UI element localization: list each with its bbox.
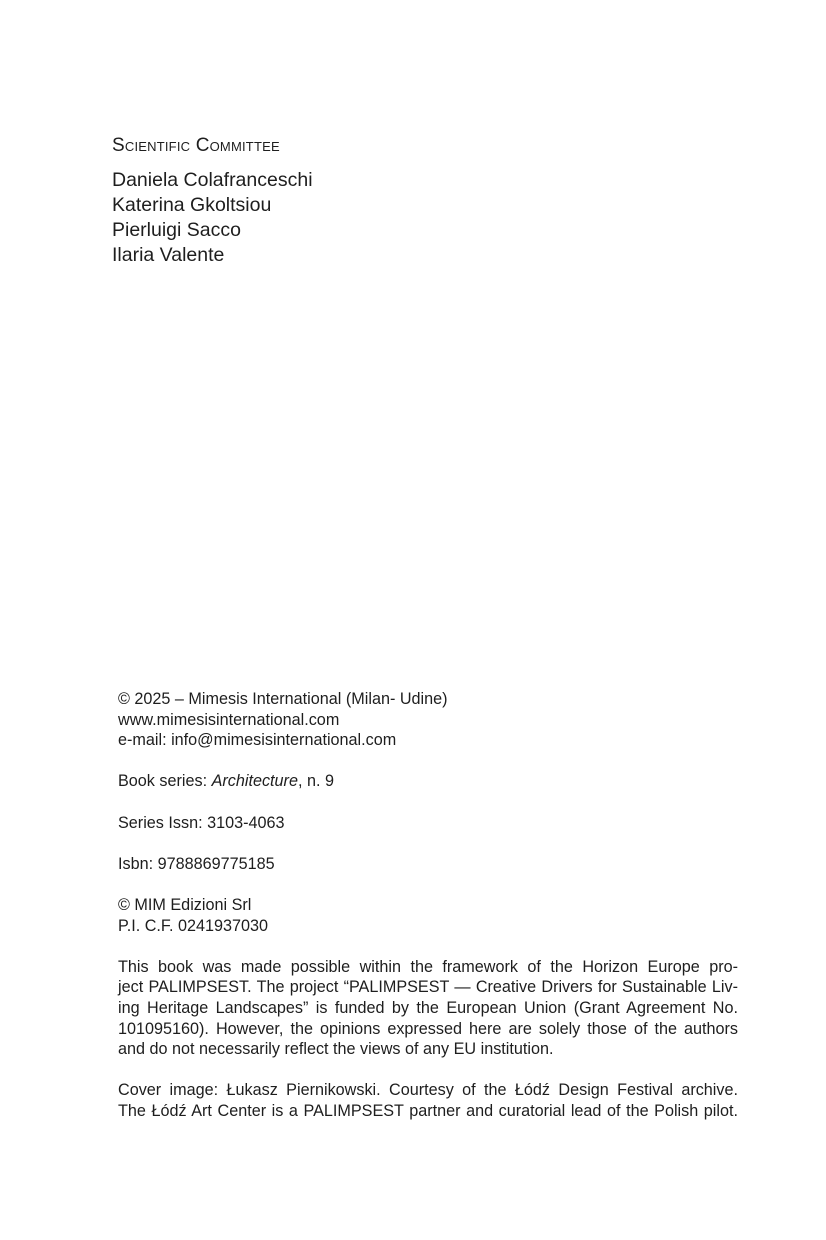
- cover-credit-line: The Łódź Art Center is a PALIMPSEST part…: [118, 1101, 738, 1122]
- committee-member: Daniela Colafranceschi: [112, 168, 313, 193]
- scientific-committee: Scientific Committee Daniela Colafrances…: [112, 134, 313, 268]
- book-series-label: Book series:: [118, 772, 212, 790]
- publisher-contact: © 2025 – Mimesis International (Milan- U…: [118, 689, 738, 751]
- tax-id: P.I. C.F. 0241937030: [118, 916, 738, 937]
- committee-heading: Scientific Committee: [112, 134, 313, 158]
- cover-credit-line: Cover image: Łukasz Piernikowski. Courte…: [118, 1080, 738, 1101]
- imprint-block: © 2025 – Mimesis International (Milan- U…: [118, 689, 738, 1142]
- book-series: Book series: Architecture, n. 9: [118, 771, 738, 792]
- publisher-legal: © MIM Edizioni Srl P.I. C.F. 0241937030: [118, 895, 738, 936]
- funding-line: ject PALIMPSEST. The project “PALIMPSEST…: [118, 977, 738, 998]
- website-link[interactable]: www.mimesisinternational.com: [118, 710, 738, 731]
- funding-paragraph: This book was made possible within the f…: [118, 957, 738, 1060]
- funding-line: ing Heritage Landscapes” is funded by th…: [118, 998, 738, 1019]
- cover-credit-paragraph: Cover image: Łukasz Piernikowski. Courte…: [118, 1080, 738, 1121]
- isbn: Isbn: 9788869775185: [118, 854, 738, 875]
- isbn-block: Isbn: 9788869775185: [118, 854, 738, 875]
- funding-line: 101095160). However, the opinions expres…: [118, 1019, 738, 1040]
- committee-member: Ilaria Valente: [112, 243, 313, 268]
- committee-member: Katerina Gkoltsiou: [112, 193, 313, 218]
- committee-member-list: Daniela Colafranceschi Katerina Gkoltsio…: [112, 168, 313, 268]
- committee-member: Pierluigi Sacco: [112, 218, 313, 243]
- series-issn-block: Series Issn: 3103-4063: [118, 813, 738, 834]
- book-series-number: , n. 9: [298, 772, 334, 790]
- copyright-line: © 2025 – Mimesis International (Milan- U…: [118, 689, 738, 710]
- series-issn: Series Issn: 3103-4063: [118, 813, 738, 834]
- funding-line: and do not necessarily reflect the views…: [118, 1039, 738, 1060]
- book-series-title: Architecture: [212, 772, 298, 790]
- publisher-copyright: © MIM Edizioni Srl: [118, 895, 738, 916]
- funding-line: This book was made possible within the f…: [118, 957, 738, 978]
- email-line[interactable]: e-mail: info@mimesisinternational.com: [118, 730, 738, 751]
